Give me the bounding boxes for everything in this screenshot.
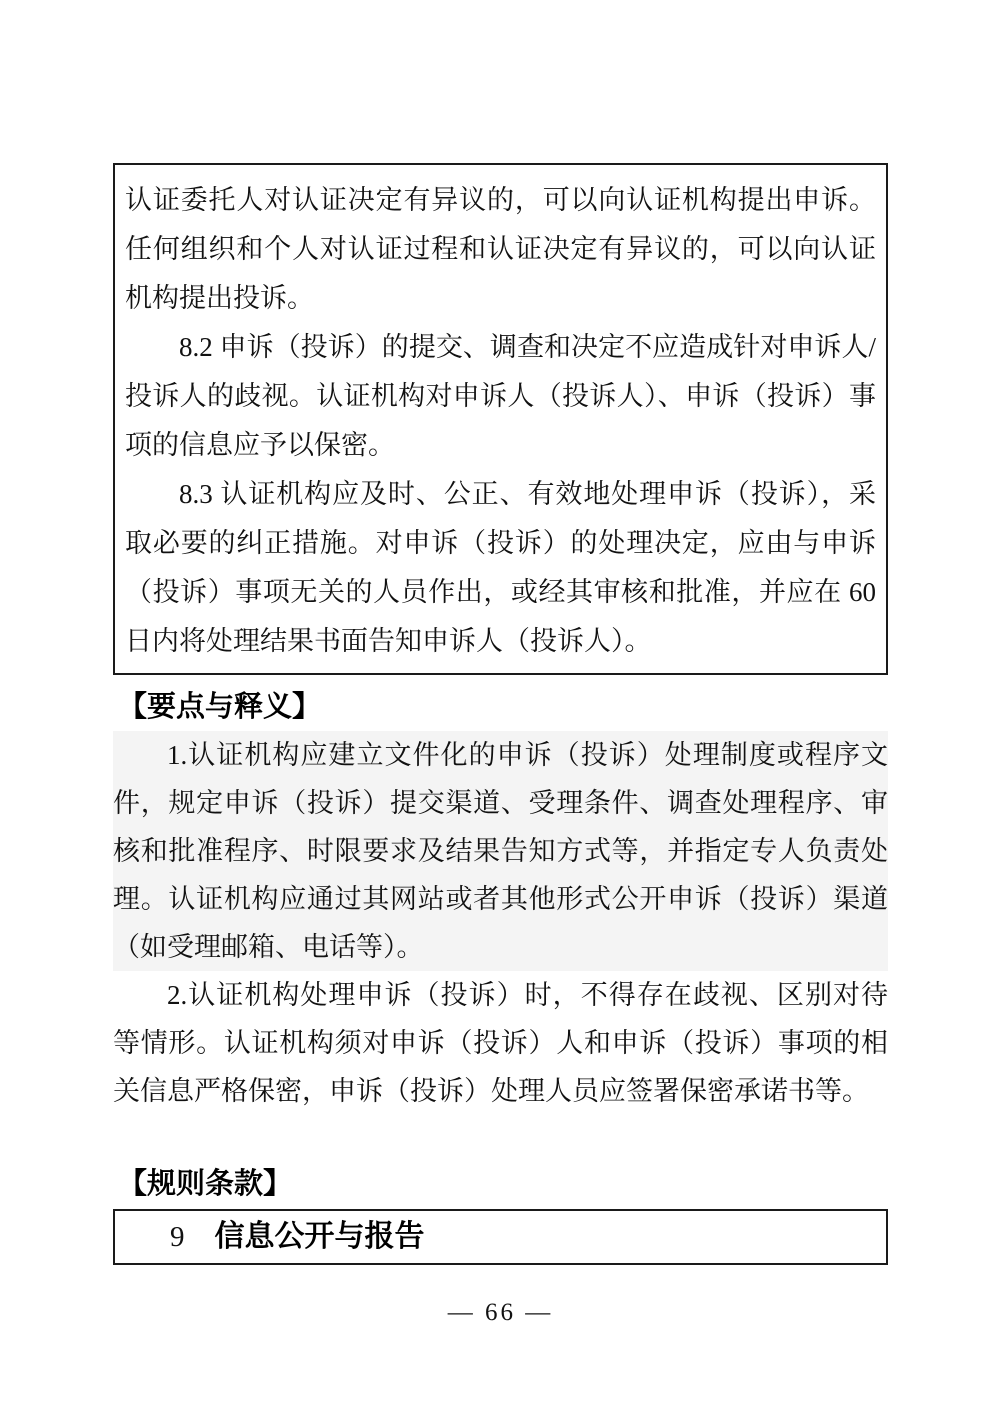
clause-title: 信息公开与报告 xyxy=(215,1219,425,1255)
clause-paragraph-8-2: 8.2 申诉（投诉）的提交、调查和决定不应造成针对申诉人/投诉人的歧视。认证机构… xyxy=(125,323,876,470)
document-page: 认证委托人对认证决定有异议的，可以向认证机构提出申诉。任何组织和个人对认证过程和… xyxy=(0,0,1000,1414)
key-points-heading: 【要点与释义】 xyxy=(118,690,888,724)
key-points-paragraph-2: 2.认证机构处理申诉（投诉）时，不得存在歧视、区别对待等情形。认证机构须对申诉（… xyxy=(113,971,888,1115)
page-number: — 66 — xyxy=(113,1299,888,1327)
key-points-paragraph-1: 1.认证机构应建立文件化的申诉（投诉）处理制度或程序文件，规定申诉（投诉）提交渠… xyxy=(113,731,888,971)
clause-number: 9 xyxy=(170,1219,185,1255)
clause-paragraph-continuation: 认证委托人对认证决定有异议的，可以向认证机构提出申诉。任何组织和个人对认证过程和… xyxy=(125,176,876,323)
clause-paragraph-8-3: 8.3 认证机构应及时、公正、有效地处理申诉（投诉），采取必要的纠正措施。对申诉… xyxy=(125,470,876,666)
rule-clause-heading: 【规则条款】 xyxy=(118,1167,888,1201)
clause-box-8: 认证委托人对认证决定有异议的，可以向认证机构提出申诉。任何组织和个人对认证过程和… xyxy=(113,163,888,675)
page-content: 认证委托人对认证决定有异议的，可以向认证机构提出申诉。任何组织和个人对认证过程和… xyxy=(113,163,888,1327)
clause-box-9: 9 信息公开与报告 xyxy=(113,1209,888,1265)
